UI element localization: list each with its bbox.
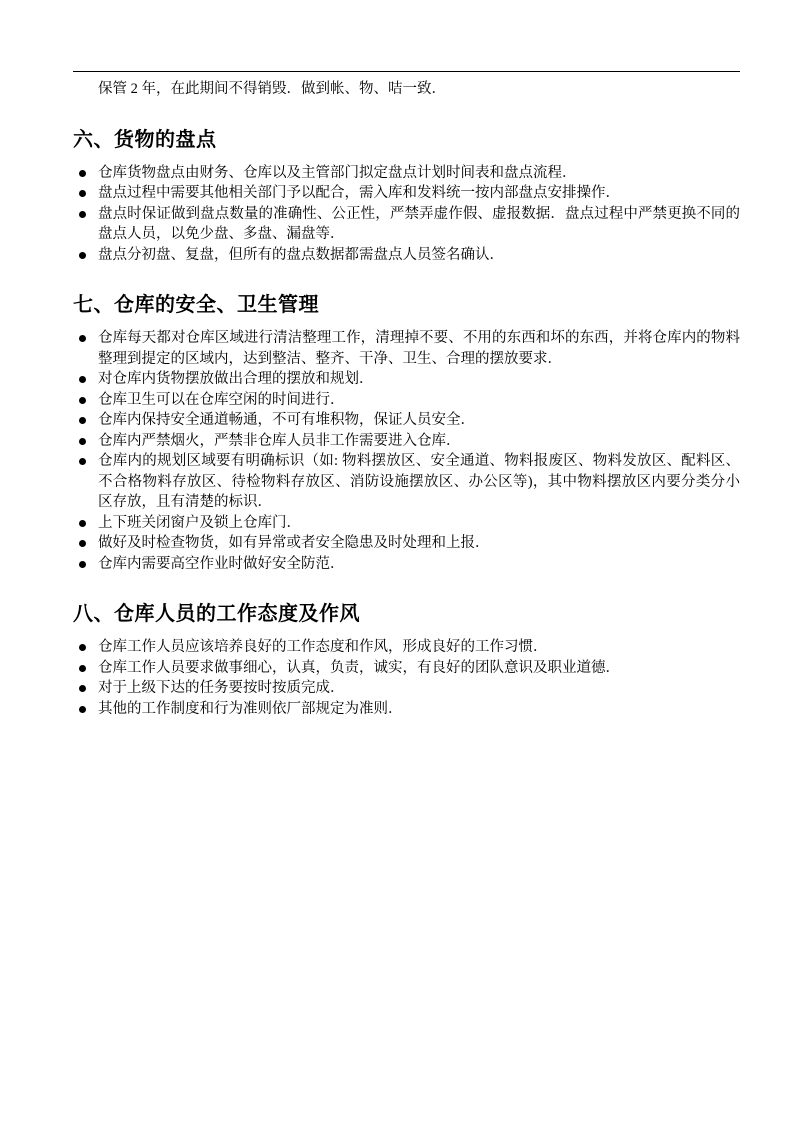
list-item: 盘点时保证做到盘点数量的准确性、公正性，严禁弄虚作假、虚报数据．盘点过程中严禁更… <box>73 204 740 245</box>
list-item-text: 做好及时检查物货，如有异常或者安全隐患及时处理和上报． <box>98 535 490 551</box>
list-item: 对于上级下达的任务要按时按质完成． <box>73 678 740 699</box>
bullet-icon <box>79 685 86 692</box>
document-content: 保管 2 年，在此期间不得销毁．做到帐、物、咭一致． 六、货物的盘点 仓库货物盘… <box>73 71 740 719</box>
bullet-icon <box>79 706 86 713</box>
list-item-text: 仓库货物盘点由财务、仓库以及主管部门拟定盘点计划时间表和盘点流程． <box>98 165 577 181</box>
bullet-icon <box>79 397 86 404</box>
list-item-text: 其他的工作制度和行为准则依厂部规定为准则． <box>98 701 403 717</box>
bullet-icon <box>79 417 86 424</box>
bullet-icon <box>79 252 86 259</box>
list-item-text: 仓库内严禁烟火，严禁非仓库人员非工作需要进入仓库． <box>98 433 461 449</box>
list-item: 做好及时检查物货，如有异常或者安全隐患及时处理和上报． <box>73 533 740 554</box>
list-item: 仓库内严禁烟火，严禁非仓库人员非工作需要进入仓库． <box>73 431 740 452</box>
list-item: 仓库工作人员要求做事细心，认真，负责，诚实，有良好的团队意识及职业道德． <box>73 658 740 679</box>
list-item: 上下班关闭窗户及锁上仓库门． <box>73 513 740 534</box>
list-item-text: 对于上级下达的任务要按时按质完成． <box>98 680 345 696</box>
header-divider <box>73 71 740 72</box>
list-item: 仓库每天都对仓库区域进行清洁整理工作，清理掉不要、不用的东西和坏的东西，并将仓库… <box>73 328 740 369</box>
bullet-icon <box>79 458 86 465</box>
section-title: 七、仓库的安全、卫生管理 <box>73 292 740 318</box>
bullet-icon <box>79 335 86 342</box>
section-list: 仓库每天都对仓库区域进行清洁整理工作，清理掉不要、不用的东西和坏的东西，并将仓库… <box>73 328 740 574</box>
section-safety-hygiene: 七、仓库的安全、卫生管理 仓库每天都对仓库区域进行清洁整理工作，清理掉不要、不用… <box>73 292 740 574</box>
bullet-icon <box>79 438 86 445</box>
list-item: 仓库卫生可以在仓库空闲的时间进行． <box>73 390 740 411</box>
list-item-text: 盘点时保证做到盘点数量的准确性、公正性，严禁弄虚作假、虚报数据．盘点过程中严禁更… <box>98 206 740 243</box>
list-item-text: 仓库内保持安全通道畅通，不可有堆积物，保证人员安全． <box>98 412 475 428</box>
bullet-icon <box>79 665 86 672</box>
document-page: 保管 2 年，在此期间不得销毁．做到帐、物、咭一致． 六、货物的盘点 仓库货物盘… <box>0 0 793 1122</box>
list-item-text: 仓库卫生可以在仓库空闲的时间进行． <box>98 392 345 408</box>
bullet-icon <box>79 520 86 527</box>
list-item: 盘点过程中需要其他相关部门予以配合，需入库和发料统一按内部盘点安排操作． <box>73 183 740 204</box>
list-item-text: 仓库每天都对仓库区域进行清洁整理工作，清理掉不要、不用的东西和坏的东西，并将仓库… <box>98 330 740 367</box>
list-item-text: 仓库工作人员应该培养良好的工作态度和作风，形成良好的工作习惯． <box>98 639 548 655</box>
bullet-icon <box>79 170 86 177</box>
list-item: 仓库工作人员应该培养良好的工作态度和作风，形成良好的工作习惯． <box>73 637 740 658</box>
list-item-text: 上下班关闭窗户及锁上仓库门． <box>98 515 301 531</box>
section-title: 八、仓库人员的工作态度及作风 <box>73 601 740 627</box>
intro-paragraph: 保管 2 年，在此期间不得销毁．做到帐、物、咭一致． <box>98 79 740 100</box>
list-item: 仓库内的规划区域要有明确标识（如: 物料摆放区、安全通道、物料报废区、物料发放区… <box>73 451 740 513</box>
list-item: 对仓库内货物摆放做出合理的摆放和规划． <box>73 369 740 390</box>
list-item-text: 对仓库内货物摆放做出合理的摆放和规划． <box>98 371 374 387</box>
bullet-icon <box>79 561 86 568</box>
section-list: 仓库货物盘点由财务、仓库以及主管部门拟定盘点计划时间表和盘点流程． 盘点过程中需… <box>73 163 740 266</box>
list-item-text: 仓库内的规划区域要有明确标识（如: 物料摆放区、安全通道、物料报废区、物料发放区… <box>98 453 740 510</box>
bullet-icon <box>79 644 86 651</box>
list-item: 其他的工作制度和行为准则依厂部规定为准则． <box>73 699 740 720</box>
list-item-text: 仓库工作人员要求做事细心，认真，负责，诚实，有良好的团队意识及职业道德． <box>98 660 620 676</box>
list-item-text: 仓库内需要高空作业时做好安全防范． <box>98 556 345 572</box>
list-item: 仓库内需要高空作业时做好安全防范． <box>73 554 740 575</box>
list-item: 仓库内保持安全通道畅通，不可有堆积物，保证人员安全． <box>73 410 740 431</box>
list-item-text: 盘点过程中需要其他相关部门予以配合，需入库和发料统一按内部盘点安排操作． <box>98 185 620 201</box>
list-item-text: 盘点分初盘、复盘，但所有的盘点数据都需盘点人员签名确认． <box>98 247 504 263</box>
bullet-icon <box>79 190 86 197</box>
bullet-icon <box>79 211 86 218</box>
bullet-icon <box>79 540 86 547</box>
list-item: 仓库货物盘点由财务、仓库以及主管部门拟定盘点计划时间表和盘点流程． <box>73 163 740 184</box>
bullet-icon <box>79 376 86 383</box>
section-staff-attitude: 八、仓库人员的工作态度及作风 仓库工作人员应该培养良好的工作态度和作风，形成良好… <box>73 601 740 719</box>
section-list: 仓库工作人员应该培养良好的工作态度和作风，形成良好的工作习惯． 仓库工作人员要求… <box>73 637 740 719</box>
list-item: 盘点分初盘、复盘，但所有的盘点数据都需盘点人员签名确认． <box>73 245 740 266</box>
section-goods-inventory: 六、货物的盘点 仓库货物盘点由财务、仓库以及主管部门拟定盘点计划时间表和盘点流程… <box>73 127 740 266</box>
section-title: 六、货物的盘点 <box>73 127 740 153</box>
